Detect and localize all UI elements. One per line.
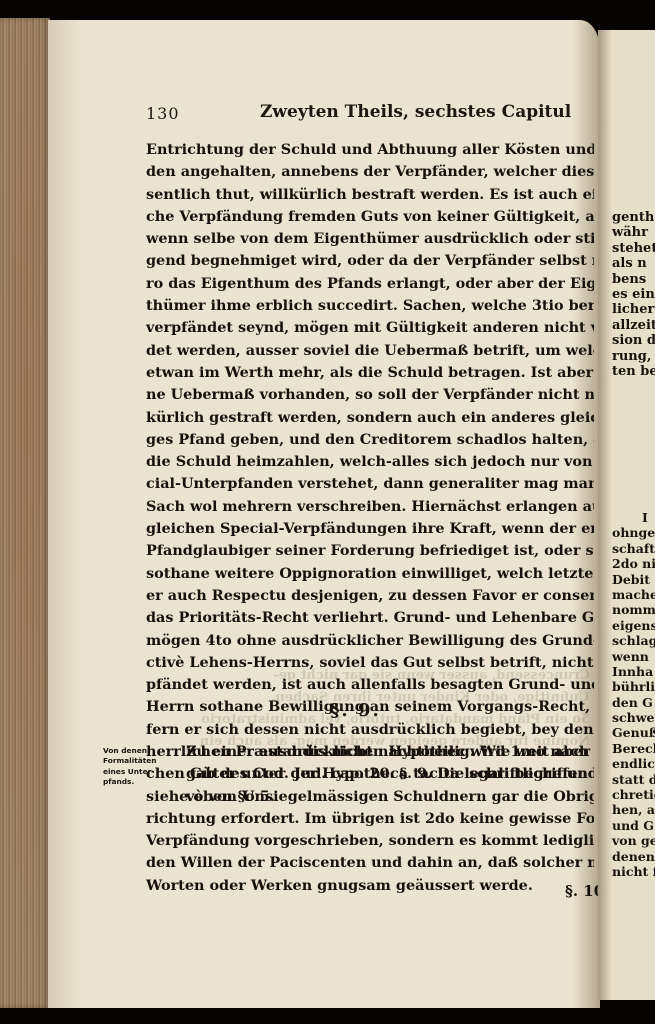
text-fragment: schlag (612, 633, 655, 648)
text-line: ges Pfand geben, und den Creditorem scha… (146, 429, 594, 451)
text-line: das Prioritäts-Recht verliehrt. Grund- u… (146, 607, 594, 629)
text-fragment: statt d (612, 772, 655, 787)
text-line: che Verpfändung fremden Guts von keiner … (146, 206, 594, 228)
text-fragment: schaft (612, 541, 655, 556)
text-line: Sach wol mehrern verschreiben. Hiernächs… (146, 496, 594, 518)
text-line: Verpfändung vorgeschrieben, sondern es k… (146, 830, 594, 852)
section-9-paragraph: Zu einer ausdrücklichen Hypothec wird 1m… (186, 741, 594, 897)
right-page: genth währ stehet als n bens es ein lich… (598, 30, 655, 1000)
text-line: mögen 4to ohne ausdrücklicher Bewilligun… (146, 630, 594, 652)
text-fragment: währ (612, 225, 655, 240)
text-line: ro das Eigenthum des Pfands erlangt, ode… (146, 273, 594, 295)
text-line: sothane weitere Oppignoration einwillige… (146, 563, 594, 585)
text-fragment: und G (612, 818, 655, 833)
text-line: det werden, ausser soviel die Uebermaß b… (146, 340, 594, 362)
text-fragment: Berech (612, 741, 655, 756)
text-fragment: Innha (612, 664, 655, 679)
text-fragment: bührli (612, 679, 655, 694)
text-fragment: denen (612, 849, 655, 864)
text-line: den angehalten, annebens der Verpfänder,… (146, 161, 594, 183)
text-line: gab des Cod. Jud. cap. 20. §. 9. Die sch… (186, 763, 594, 785)
text-line: ne Uebermaß vorhanden, so soll der Verpf… (146, 384, 594, 406)
right-page-upper-text: genth währ stehet als n bens es ein lich… (612, 210, 655, 379)
text-fragment: chretic (612, 787, 655, 802)
section-heading: §. 9. (330, 700, 381, 721)
text-fragment: hen, a (612, 802, 655, 817)
text-fragment: nomm (612, 602, 655, 617)
text-fragment: licher (612, 302, 655, 317)
text-line: ctivè Lehens-Herrns, soviel das Gut selb… (146, 652, 594, 674)
text-fragment: Genuß (612, 725, 655, 740)
text-line: etwan im Werth mehr, als die Schuld betr… (146, 362, 594, 384)
page-number: 130 (146, 104, 180, 123)
text-line: gend begnehmiget wird, oder da der Verpf… (146, 250, 594, 272)
text-fragment: 2do ni (612, 556, 655, 571)
text-line: den Willen der Paciscenten und dahin an,… (146, 852, 594, 874)
text-line: Zu einer ausdrücklichen Hypothec wird 1m… (186, 741, 594, 763)
text-line: Worten oder Werken gnugsam geäussert wer… (146, 875, 594, 897)
text-fragment: stehet (612, 241, 655, 256)
text-fragment: ohngee (612, 525, 655, 540)
book-spread: Cruncessend, ausser wenn sie gar nicht g… (0, 0, 655, 1024)
text-fragment: von ge (612, 833, 655, 848)
text-fragment: es ein (612, 287, 655, 302)
text-line: Entrichtung der Schuld und Abthuung alle… (146, 139, 594, 161)
text-fragment: allzeit (612, 318, 655, 333)
text-fragment: genth (612, 210, 655, 225)
text-fragment: nicht f (612, 864, 655, 879)
page-edges-stack (0, 18, 50, 1008)
text-line: fern er sich dessen nicht ausdrücklich b… (146, 719, 594, 741)
text-fragment: als n (612, 256, 655, 271)
text-line: wenn selbe von dem Eigenthümer ausdrückl… (146, 228, 594, 250)
text-line: er auch Respectu desjenigen, zu dessen F… (146, 585, 594, 607)
text-line: verpfändet seynd, mögen mit Gültigkeit a… (146, 317, 594, 339)
text-line: richtung erfordert. Im übrigen ist 2do k… (146, 808, 594, 830)
text-fragment: eigens (612, 618, 655, 633)
text-fragment: I (612, 510, 655, 525)
text-line: vè von Unsiegelmässigen Schuldnern gar d… (186, 786, 594, 808)
margin-note-line: Formalitäten (103, 756, 161, 766)
text-line: thümer ihme erblich succedirt. Sachen, w… (146, 295, 594, 317)
text-line: gleichen Special-Verpfändungen ihre Kraf… (146, 518, 594, 540)
page-header: 130 Zweyten Theils, sechstes Capitul (146, 104, 596, 130)
text-fragment: wenn (612, 649, 655, 664)
text-line: pfändet werden, ist auch allenfalls besa… (146, 674, 594, 696)
text-fragment: Debit (612, 572, 655, 587)
text-fragment: rung, (612, 349, 655, 364)
text-fragment: ten be (612, 364, 655, 379)
text-fragment: bens (612, 272, 655, 287)
text-line: kürlich gestraft werden, sondern auch ei… (146, 407, 594, 429)
text-fragment: den G (612, 695, 655, 710)
text-line: cial-Unterpfanden verstehet, dann genera… (146, 473, 594, 495)
text-fragment: mache (612, 587, 655, 602)
text-line: die Schuld heimzahlen, welch-alles sich … (146, 451, 594, 473)
right-page-lower-text: I ohngee schaft 2do ni Debit mache nomm … (612, 510, 655, 879)
margin-note-line: Von denen (103, 746, 161, 756)
text-fragment: sion d (612, 333, 655, 348)
text-line: sentlich thut, willkürlich bestraft werd… (146, 184, 594, 206)
running-head: Zweyten Theils, sechstes Capitul (260, 102, 571, 122)
margin-note-line: pfands. (103, 777, 161, 787)
margin-note-line: eines Unter- (103, 767, 161, 777)
text-line: Pfandglaubiger seiner Forderung befriedi… (146, 540, 594, 562)
text-fragment: endlich (612, 756, 655, 771)
margin-note: Von denen Formalitäten eines Unter- pfan… (103, 746, 161, 787)
text-fragment: schwei (612, 710, 655, 725)
